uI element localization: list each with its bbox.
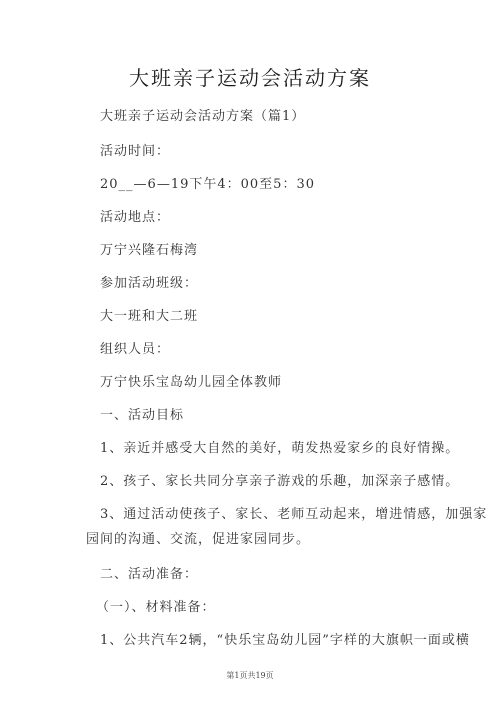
section-heading-preparation: 二、活动准备： (100, 563, 198, 582)
goal-item-3-continued: 园间的沟通、交流，促进家园同步。 (86, 528, 310, 547)
page-footer: 第1页共19页 (0, 670, 500, 681)
document-page: 大班亲子运动会活动方案 大班亲子运动会活动方案（篇1） 活动时间： 20__—6… (0, 0, 500, 707)
value-activity-location: 万宁兴隆石梅湾 (100, 239, 198, 258)
goal-item-3: 3、通过活动使孩子、家长、老师互动起来，增进情感，加强家 (100, 503, 487, 522)
section-heading-goals: 一、活动目标 (100, 404, 184, 423)
label-activity-time: 活动时间： (100, 140, 170, 159)
goal-item-2: 2、孩子、家长共同分享亲子游戏的乐趣，加深亲子感情。 (100, 470, 459, 489)
value-participating-classes: 大一班和大二班 (100, 305, 198, 324)
materials-item-1: 1、公共汽车2辆，“快乐宝岛幼儿园”字样的大旗帜一面或横 (100, 629, 470, 648)
value-activity-time: 20__—6—19下午4：00至5：30 (100, 173, 315, 192)
value-organizers: 万宁快乐宝岛幼儿园全体教师 (100, 371, 282, 390)
document-title: 大班亲子运动会活动方案 (0, 62, 500, 91)
goal-item-1: 1、亲近并感受大自然的美好，萌发热爱家乡的良好情操。 (100, 437, 459, 456)
label-organizers: 组织人员： (100, 338, 170, 357)
label-participating-classes: 参加活动班级： (100, 272, 198, 291)
subsection-heading-materials: （一）、材料准备： (96, 596, 216, 615)
label-activity-location: 活动地点： (100, 206, 170, 225)
subtitle: 大班亲子运动会活动方案（篇1） (100, 105, 305, 124)
